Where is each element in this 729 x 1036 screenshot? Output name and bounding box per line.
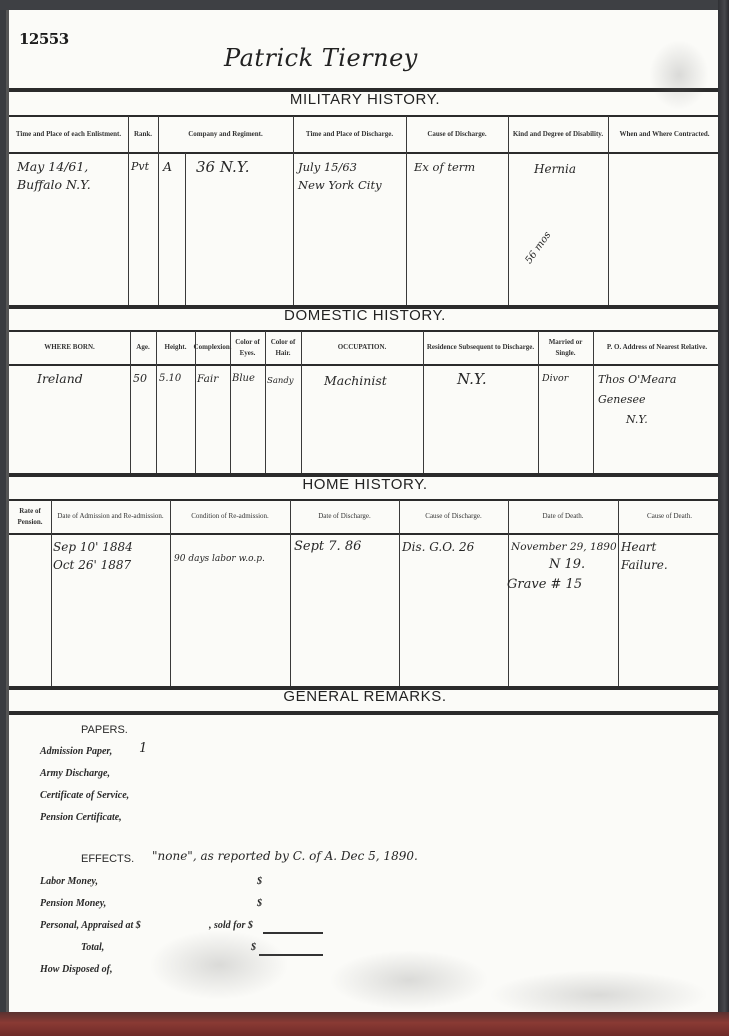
header-contracted: When and Where Contracted. <box>608 118 721 151</box>
admission-paper-label: Admission Paper, <box>40 746 112 757</box>
record-number: 12553 <box>19 30 69 48</box>
labor-money-currency: $ <box>257 876 262 887</box>
column-rule <box>158 116 159 306</box>
stain <box>329 950 489 1010</box>
discharge-cause-value: Dis. G.O. 26 <box>402 538 474 556</box>
discharge-date-value: Sept 7. 86 <box>294 538 361 556</box>
column-rule <box>406 116 407 306</box>
scan-border-top <box>0 0 729 10</box>
header-condition: Condition of Re-admission. <box>170 501 290 532</box>
header-discharge-date: Date of Discharge. <box>290 501 399 532</box>
cause-discharge-value: Ex of term <box>414 158 475 176</box>
stain <box>649 40 709 110</box>
divider <box>9 152 721 154</box>
column-rule <box>195 331 196 475</box>
labor-money-label: Labor Money, <box>40 876 98 887</box>
header-where-born: WHERE BORN. <box>9 332 130 363</box>
death-cause-value: Heart Failure. <box>621 538 668 574</box>
header-company: Company and Regiment. <box>158 118 293 151</box>
header-relative: P. O. Address of Nearest Relative. <box>593 332 721 363</box>
papers-heading: PAPERS. <box>81 724 128 736</box>
divider <box>9 364 721 366</box>
relative-value: Thos O'Meara Genesee N.Y. <box>598 370 676 430</box>
column-rule <box>265 331 266 475</box>
home-history-title: HOME HISTORY. <box>9 476 721 493</box>
column-rule <box>290 500 291 688</box>
eyes-value: Blue <box>232 370 255 388</box>
header-discharge-cause: Cause of Discharge. <box>399 501 508 532</box>
column-rule <box>128 116 129 306</box>
married-value: Divor <box>542 370 568 388</box>
disability-note: 56 mos <box>521 228 557 268</box>
general-remarks-title: GENERAL REMARKS. <box>9 688 721 705</box>
column-rule <box>293 116 294 306</box>
column-rule <box>508 116 509 306</box>
column-rule <box>618 500 619 688</box>
death-note-ward: N 19. <box>549 556 585 574</box>
how-disposed-label: How Disposed of, <box>40 964 113 975</box>
military-history-title: MILITARY HISTORY. <box>9 91 721 108</box>
age-value: 50 <box>133 370 147 388</box>
death-date-value: November 29, 1890 <box>511 538 617 556</box>
header-married: Married or Single. <box>538 332 593 363</box>
death-note-grave: Grave # 15 <box>507 576 582 594</box>
enlistment-value: May 14/61, Buffalo N.Y. <box>17 158 91 194</box>
where-born-value: Ireland <box>37 370 83 388</box>
scan-border-right <box>718 0 729 1036</box>
divider <box>9 711 721 715</box>
admission-value: Sep 10' 1884 Oct 26' 1887 <box>53 538 133 574</box>
column-rule <box>538 331 539 475</box>
condition-value: 90 days labor w.o.p. <box>174 550 265 568</box>
certificate-service-label: Certificate of Service, <box>40 790 129 801</box>
army-discharge-label: Army Discharge, <box>40 768 110 779</box>
header-admission: Date of Admission and Re-admission. <box>51 501 170 532</box>
height-value: 5.10 <box>159 370 181 388</box>
header-occupation: OCCUPATION. <box>301 332 423 363</box>
header-pension: Rate of Pension. <box>9 501 51 532</box>
header-enlistment: Time and Place of each Enlistment. <box>9 118 128 151</box>
regiment-value: 36 N.Y. <box>196 158 250 176</box>
column-rule <box>156 331 157 475</box>
header-discharge: Time and Place of Discharge. <box>293 118 406 151</box>
header-height: Height. <box>156 332 195 363</box>
effects-value: "none", as reported by C. of A. Dec 5, 1… <box>152 847 418 865</box>
pension-money-label: Pension Money, <box>40 898 106 909</box>
pension-money-currency: $ <box>257 898 262 909</box>
column-rule <box>185 153 186 306</box>
column-rule <box>508 500 509 688</box>
column-rule <box>170 500 171 688</box>
divider <box>9 533 721 535</box>
admission-paper-value: 1 <box>139 740 147 758</box>
header-age: Age. <box>130 332 156 363</box>
domestic-history-title: DOMESTIC HISTORY. <box>9 307 721 324</box>
veteran-name: Patrick Tierney <box>224 44 418 72</box>
column-rule <box>130 331 131 475</box>
column-rule <box>608 116 609 306</box>
company-value: A <box>163 158 172 176</box>
pension-certificate-label: Pension Certificate, <box>40 812 122 823</box>
stain <box>149 930 289 1000</box>
header-disability: Kind and Degree of Disability. <box>508 118 608 151</box>
personal-appraised-label: Personal, Appraised at $ <box>40 920 141 931</box>
total-label: Total, <box>81 942 104 953</box>
hair-value: Sandy <box>267 372 294 390</box>
rank-value: Pvt <box>131 158 149 176</box>
discharge-value: July 15/63 New York City <box>298 158 382 194</box>
header-residence: Residence Subsequent to Discharge. <box>423 332 538 363</box>
column-rule <box>51 500 52 688</box>
header-eyes: Color of Eyes. <box>230 332 265 363</box>
column-rule <box>301 331 302 475</box>
disability-value: Hernia <box>534 160 576 178</box>
divider <box>9 115 721 117</box>
effects-heading: EFFECTS. <box>81 853 134 865</box>
residence-value: N.Y. <box>457 370 487 388</box>
occupation-value: Machinist <box>324 372 387 390</box>
header-hair: Color of Hair. <box>265 332 301 363</box>
header-death-date: Date of Death. <box>508 501 618 532</box>
complexion-value: Fair <box>197 370 218 388</box>
column-rule <box>399 500 400 688</box>
header-cause-discharge: Cause of Discharge. <box>406 118 508 151</box>
header-rank: Rank. <box>128 118 158 151</box>
sold-for-blank <box>263 932 323 934</box>
column-rule <box>423 331 424 475</box>
scan-border-bottom <box>0 1012 729 1036</box>
header-death-cause: Cause of Death. <box>618 501 721 532</box>
column-rule <box>230 331 231 475</box>
record-page: 12553 Patrick Tierney MILITARY HISTORY. … <box>6 10 721 1012</box>
header-complexion: Complexion. <box>195 332 230 363</box>
column-rule <box>593 331 594 475</box>
